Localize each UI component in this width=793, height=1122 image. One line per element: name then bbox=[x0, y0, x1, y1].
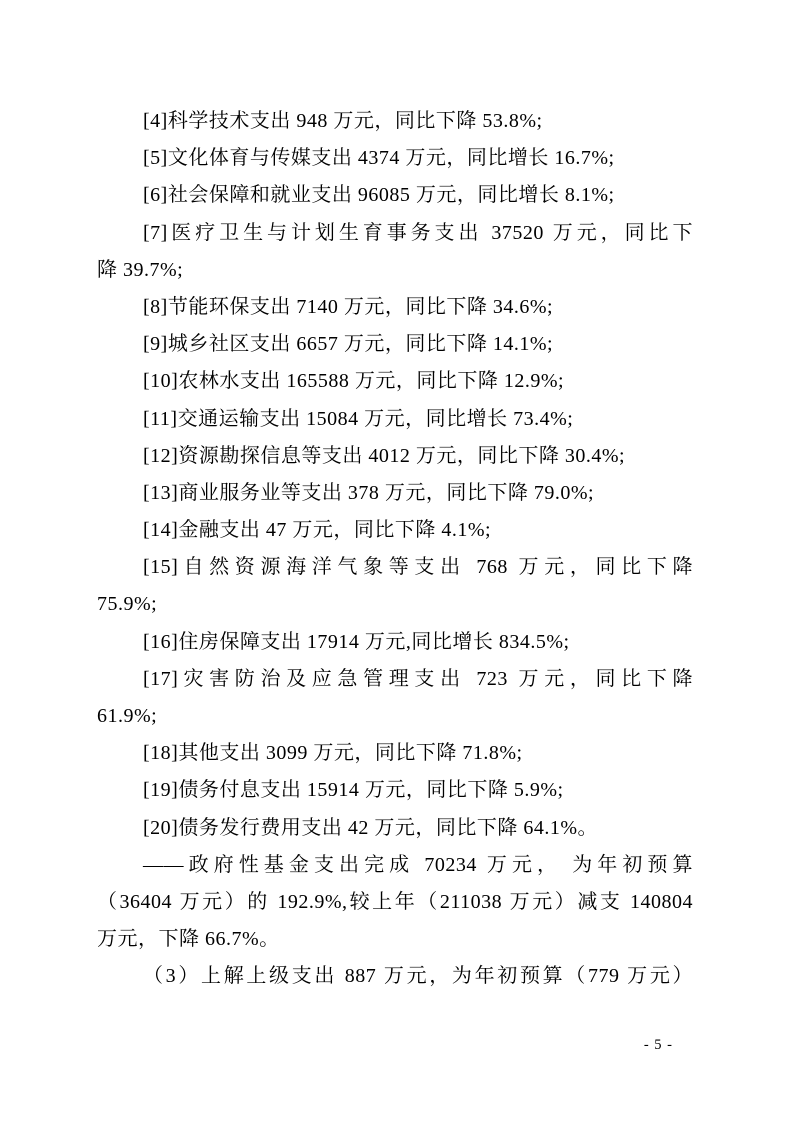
text-line: 降 39.7%; bbox=[97, 252, 693, 289]
paragraph: [14]金融支出 47 万元，同比下降 4.1%; bbox=[97, 512, 693, 549]
page-number: - 5 - bbox=[644, 1035, 673, 1055]
paragraph: [16]住房保障支出 17914 万元,同比增长 834.5%; bbox=[97, 624, 693, 661]
text-line: [16]住房保障支出 17914 万元,同比增长 834.5%; bbox=[97, 624, 693, 661]
text-line: [8]节能环保支出 7140 万元，同比下降 34.6%; bbox=[97, 289, 693, 326]
text-line: [11]交通运输支出 15084 万元，同比增长 73.4%; bbox=[97, 401, 693, 438]
text-line: （3）上解上级支出 887 万元，为年初预算（779 万元） bbox=[97, 958, 693, 995]
text-line: [18]其他支出 3099 万元，同比下降 71.8%; bbox=[97, 735, 693, 772]
text-line: [9]城乡社区支出 6657 万元，同比下降 14.1%; bbox=[97, 326, 693, 363]
paragraph: [15]自然资源海洋气象等支出 768 万元，同比下降75.9%; bbox=[97, 549, 693, 623]
text-line: ——政府性基金支出完成 70234 万元， 为年初预算 bbox=[97, 847, 693, 884]
paragraph: [20]债务发行费用支出 42 万元，同比下降 64.1%。 bbox=[97, 810, 693, 847]
text-line: [17]灾害防治及应急管理支出 723 万元，同比下降 bbox=[97, 661, 693, 698]
text-line: [10]农林水支出 165588 万元，同比下降 12.9%; bbox=[97, 363, 693, 400]
paragraph: （3）上解上级支出 887 万元，为年初预算（779 万元） bbox=[97, 958, 693, 995]
text-line: [13]商业服务业等支出 378 万元，同比下降 79.0%; bbox=[97, 475, 693, 512]
paragraph: [12]资源勘探信息等支出 4012 万元，同比下降 30.4%; bbox=[97, 438, 693, 475]
text-line: [5]文化体育与传媒支出 4374 万元，同比增长 16.7%; bbox=[97, 140, 693, 177]
paragraph: [10]农林水支出 165588 万元，同比下降 12.9%; bbox=[97, 363, 693, 400]
text-line: [6]社会保障和就业支出 96085 万元，同比增长 8.1%; bbox=[97, 177, 693, 214]
document-page: [4]科学技术支出 948 万元，同比下降 53.8%;[5]文化体育与传媒支出… bbox=[0, 0, 793, 1122]
text-line: [20]债务发行费用支出 42 万元，同比下降 64.1%。 bbox=[97, 810, 693, 847]
paragraph: [19]债务付息支出 15914 万元，同比下降 5.9%; bbox=[97, 772, 693, 809]
text-line: 61.9%; bbox=[97, 698, 693, 735]
text-line: [19]债务付息支出 15914 万元，同比下降 5.9%; bbox=[97, 772, 693, 809]
text-line: [15]自然资源海洋气象等支出 768 万元，同比下降 bbox=[97, 549, 693, 586]
text-line: [7]医疗卫生与计划生育事务支出 37520 万元，同比下 bbox=[97, 215, 693, 252]
text-line: 万元，下降 66.7%。 bbox=[97, 921, 693, 958]
paragraph: [6]社会保障和就业支出 96085 万元，同比增长 8.1%; bbox=[97, 177, 693, 214]
paragraph: [9]城乡社区支出 6657 万元，同比下降 14.1%; bbox=[97, 326, 693, 363]
paragraph: ——政府性基金支出完成 70234 万元， 为年初预算（36404 万元）的 1… bbox=[97, 847, 693, 959]
paragraph: [7]医疗卫生与计划生育事务支出 37520 万元，同比下降 39.7%; bbox=[97, 215, 693, 289]
text-line: （36404 万元）的 192.9%,较上年（211038 万元）减支 1408… bbox=[97, 884, 693, 921]
paragraph: [18]其他支出 3099 万元，同比下降 71.8%; bbox=[97, 735, 693, 772]
document-body: [4]科学技术支出 948 万元，同比下降 53.8%;[5]文化体育与传媒支出… bbox=[97, 103, 693, 996]
text-line: [14]金融支出 47 万元，同比下降 4.1%; bbox=[97, 512, 693, 549]
paragraph: [4]科学技术支出 948 万元，同比下降 53.8%; bbox=[97, 103, 693, 140]
paragraph: [8]节能环保支出 7140 万元，同比下降 34.6%; bbox=[97, 289, 693, 326]
text-line: 75.9%; bbox=[97, 586, 693, 623]
text-line: [4]科学技术支出 948 万元，同比下降 53.8%; bbox=[97, 103, 693, 140]
text-line: [12]资源勘探信息等支出 4012 万元，同比下降 30.4%; bbox=[97, 438, 693, 475]
paragraph: [17]灾害防治及应急管理支出 723 万元，同比下降61.9%; bbox=[97, 661, 693, 735]
paragraph: [13]商业服务业等支出 378 万元，同比下降 79.0%; bbox=[97, 475, 693, 512]
paragraph: [11]交通运输支出 15084 万元，同比增长 73.4%; bbox=[97, 401, 693, 438]
paragraph: [5]文化体育与传媒支出 4374 万元，同比增长 16.7%; bbox=[97, 140, 693, 177]
